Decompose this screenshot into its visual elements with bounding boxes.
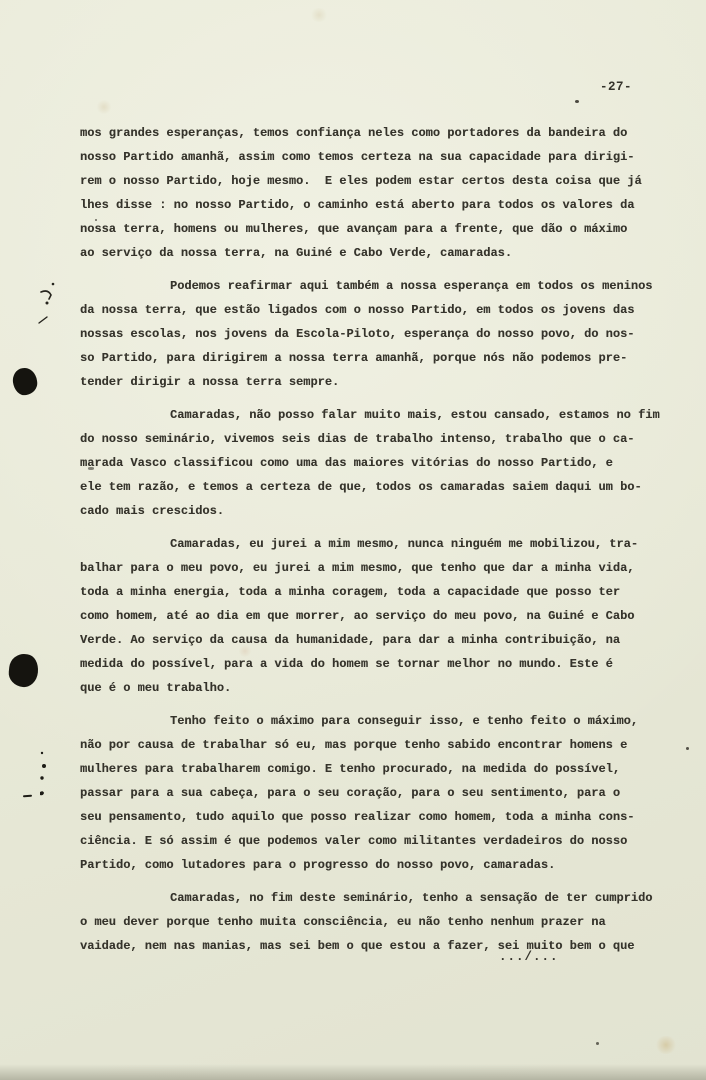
paper-stain: [310, 8, 328, 22]
paper-stain: [655, 1036, 677, 1054]
paragraph: Tenho feito o máximo para conseguir isso…: [80, 709, 680, 877]
ink-speck: [686, 747, 689, 750]
continuation-mark: .../...: [499, 950, 559, 964]
paragraph: Camaradas, eu jurei a mim mesmo, nunca n…: [80, 532, 680, 700]
scan-edge-shadow: [0, 1064, 706, 1080]
paragraph: Camaradas, no fim deste seminário, tenho…: [80, 886, 680, 958]
scanned-document-page: -27- mos grandes esperanças, temos confi…: [0, 0, 706, 1080]
ink-speck: [596, 1042, 599, 1045]
paragraph: Podemos reafirmar aqui também a nossa es…: [80, 274, 680, 394]
ink-speck: [575, 100, 579, 103]
handwritten-margin-mark: [34, 279, 60, 331]
typewritten-text: mos grandes esperanças, temos confiança …: [80, 121, 680, 958]
ink-blot: [7, 653, 39, 689]
paragraph: Camaradas, não posso falar muito mais, e…: [80, 403, 680, 523]
paper-stain: [96, 100, 112, 114]
ink-speck: [95, 219, 97, 221]
page-number: -27-: [600, 80, 632, 94]
paragraph: mos grandes esperanças, temos confiança …: [80, 121, 680, 265]
handwritten-margin-mark: [20, 748, 54, 802]
ink-blot: [11, 366, 39, 396]
ink-speck: [88, 467, 94, 470]
